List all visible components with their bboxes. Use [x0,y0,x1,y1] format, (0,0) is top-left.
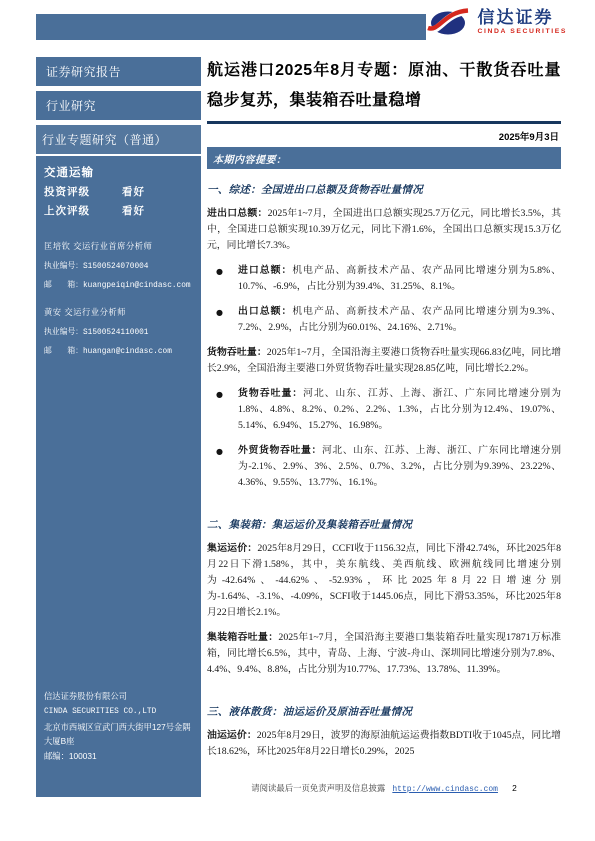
report-section: 一、综述：全国进出口总额及货物吞吐量情况进出口总额：2025年1~7月，全国进出… [207,182,561,491]
bullet-item: ●进口总额：机电产品、高新技术产品、农产品同比增速分别为5.8%、10.7%、-… [207,263,561,295]
section-heading: 一、综述：全国进出口总额及货物吞吐量情况 [207,182,561,197]
cinda-swirl-icon [426,7,470,37]
analyst-license: 执业编号：S1500524110001 [44,326,193,337]
page-number: 2 [512,783,517,793]
report-page: 信达证券 CINDA SECURITIES 证券研究报告 行业研究 行业专题研究… [0,0,595,841]
brand-logo: 信达证券 CINDA SECURITIES [426,7,567,37]
rating-value: 看好 [122,203,145,218]
bullet-item: ●出口总额：机电产品、高新技术产品、农产品同比增速分别为9.3%、7.2%、2.… [207,304,561,336]
bullet-text: 出口总额：机电产品、高新技术产品、农产品同比增速分别为9.3%、7.2%、2.9… [238,304,561,336]
paragraph: 油运运价：2025年8月29日，波罗的海原油航运运费指数BDTI收于1045点，… [207,728,561,760]
industry-name: 交通运输 [44,164,193,180]
block-label: 集运运价： [207,543,257,554]
summary-header: 本期内容提要： [207,147,561,169]
disclaimer-text: 请阅读最后一页免责声明及信息披露 [251,784,385,793]
report-date: 2025年9月3日 [207,124,561,147]
paragraph: 集运运价：2025年8月29日，CCFI收于1156.32点，同比下滑42.74… [207,541,561,621]
block-label: 进口总额： [238,265,292,276]
sidebar: 证券研究报告 行业研究 行业专题研究（普通） 交通运输 投资评级看好上次评级看好… [36,57,201,797]
paragraph: 货物吞吐量：2025年1~7月，全国沿海主要港口货物吞吐量实现66.83亿吨，同… [207,345,561,377]
analyst-email: 邮 箱：huangan@cindasc.com [44,345,193,356]
sidebar-panel: 交通运输 投资评级看好上次评级看好 匡培钦 交运行业首席分析师执业编号：S150… [36,156,201,797]
bullet-text: 货物吞吐量：河北、山东、江苏、上海、浙江、广东同比增速分别为1.8%、4.8%、… [238,386,561,434]
bullet-text: 进口总额：机电产品、高新技术产品、农产品同比增速分别为5.8%、10.7%、-6… [238,263,561,295]
bullet-icon: ● [216,386,238,434]
sections: 一、综述：全国进出口总额及货物吞吐量情况进出口总额：2025年1~7月，全国进出… [207,182,561,760]
report-title: 航运港口2025年8月专题：原油、干散货吞吐量稳步复苏，集装箱吞吐量稳增 [207,56,561,116]
footer-url-link[interactable]: http://www.cindasc.com [392,785,498,794]
brand-name-cn: 信达证券 [477,9,567,27]
badge-topic-type: 行业专题研究（普通） [36,125,201,154]
block-label: 出口总额： [238,306,292,317]
block-label: 货物吞吐量： [238,388,303,399]
rating-label: 投资评级 [44,184,122,199]
block-label: 集装箱吞吐量： [207,632,278,643]
rating-row: 投资评级看好 [44,184,193,199]
block-label: 油运运价： [207,730,257,741]
bullet-item: ●外贸货物吞吐量：河北、山东、江苏、上海、浙江、广东同比增速分别为-2.1%、2… [207,443,561,491]
paragraph: 进出口总额：2025年1~7月，全国进出口总额实现25.7万亿元，同比增长3.5… [207,206,561,254]
section-heading: 三、液体散货：油运运价及原油吞吐量情况 [207,704,561,719]
company-name-cn: 信达证券股份有限公司 [44,688,195,705]
bullet-item: ●货物吞吐量：河北、山东、江苏、上海、浙江、广东同比增速分别为1.8%、4.8%… [207,386,561,434]
analyst-block: 匡培钦 交运行业首席分析师执业编号：S1500524070004邮 箱：kuan… [44,240,193,290]
brand-wordmark: 信达证券 CINDA SECURITIES [477,9,567,36]
badge-report-type: 证券研究报告 [36,57,201,86]
company-name-en: CINDA SECURITIES CO.,LTD [44,705,195,721]
block-label: 货物吞吐量： [207,347,267,358]
section-heading: 二、集装箱：集运运价及集装箱吞吐量情况 [207,517,561,532]
analyst-name: 匡培钦 交运行业首席分析师 [44,240,193,252]
report-section: 三、液体散货：油运运价及原油吞吐量情况油运运价：2025年8月29日，波罗的海原… [207,704,561,760]
brand-name-en: CINDA SECURITIES [477,28,567,35]
page-footer: 请阅读最后一页免责声明及信息披露 http://www.cindasc.com … [207,782,561,794]
rating-row: 上次评级看好 [44,203,193,218]
rating-value: 看好 [122,184,145,199]
top-accent-bar [36,14,426,40]
rating-label: 上次评级 [44,203,122,218]
bullet-text: 外贸货物吞吐量：河北、山东、江苏、上海、浙江、广东同比增速分别为-2.1%、2.… [238,443,561,491]
paragraph: 集装箱吞吐量：2025年1~7月，全国沿海主要港口集装箱吞吐量实现17871万标… [207,630,561,678]
analyst-list: 匡培钦 交运行业首席分析师执业编号：S1500524070004邮 箱：kuan… [44,240,193,356]
analyst-email: 邮 箱：kuangpeiqin@cindasc.com [44,279,193,290]
badge-research-type: 行业研究 [36,91,201,120]
analyst-block: 黄安 交运行业分析师执业编号：S1500524110001邮 箱：huangan… [44,306,193,356]
block-label: 进出口总额： [207,208,268,219]
analyst-license: 执业编号：S1500524070004 [44,260,193,271]
bullet-icon: ● [216,443,238,491]
company-postcode: 邮编：100031 [44,748,195,765]
bullet-icon: ● [216,304,238,336]
report-section: 二、集装箱：集运运价及集装箱吞吐量情况集运运价：2025年8月29日，CCFI收… [207,517,561,678]
block-label: 外贸货物吞吐量： [238,445,322,456]
report-content: 航运港口2025年8月专题：原油、干散货吞吐量稳步复苏，集装箱吞吐量稳增 202… [207,56,561,769]
company-address: 北京市西城区宣武门西大街甲127号金隅大厦B座 [44,720,195,748]
bullet-icon: ● [216,263,238,295]
analyst-name: 黄安 交运行业分析师 [44,306,193,318]
company-info: 信达证券股份有限公司 CINDA SECURITIES CO.,LTD 北京市西… [44,688,195,765]
rating-list: 投资评级看好上次评级看好 [44,184,193,218]
